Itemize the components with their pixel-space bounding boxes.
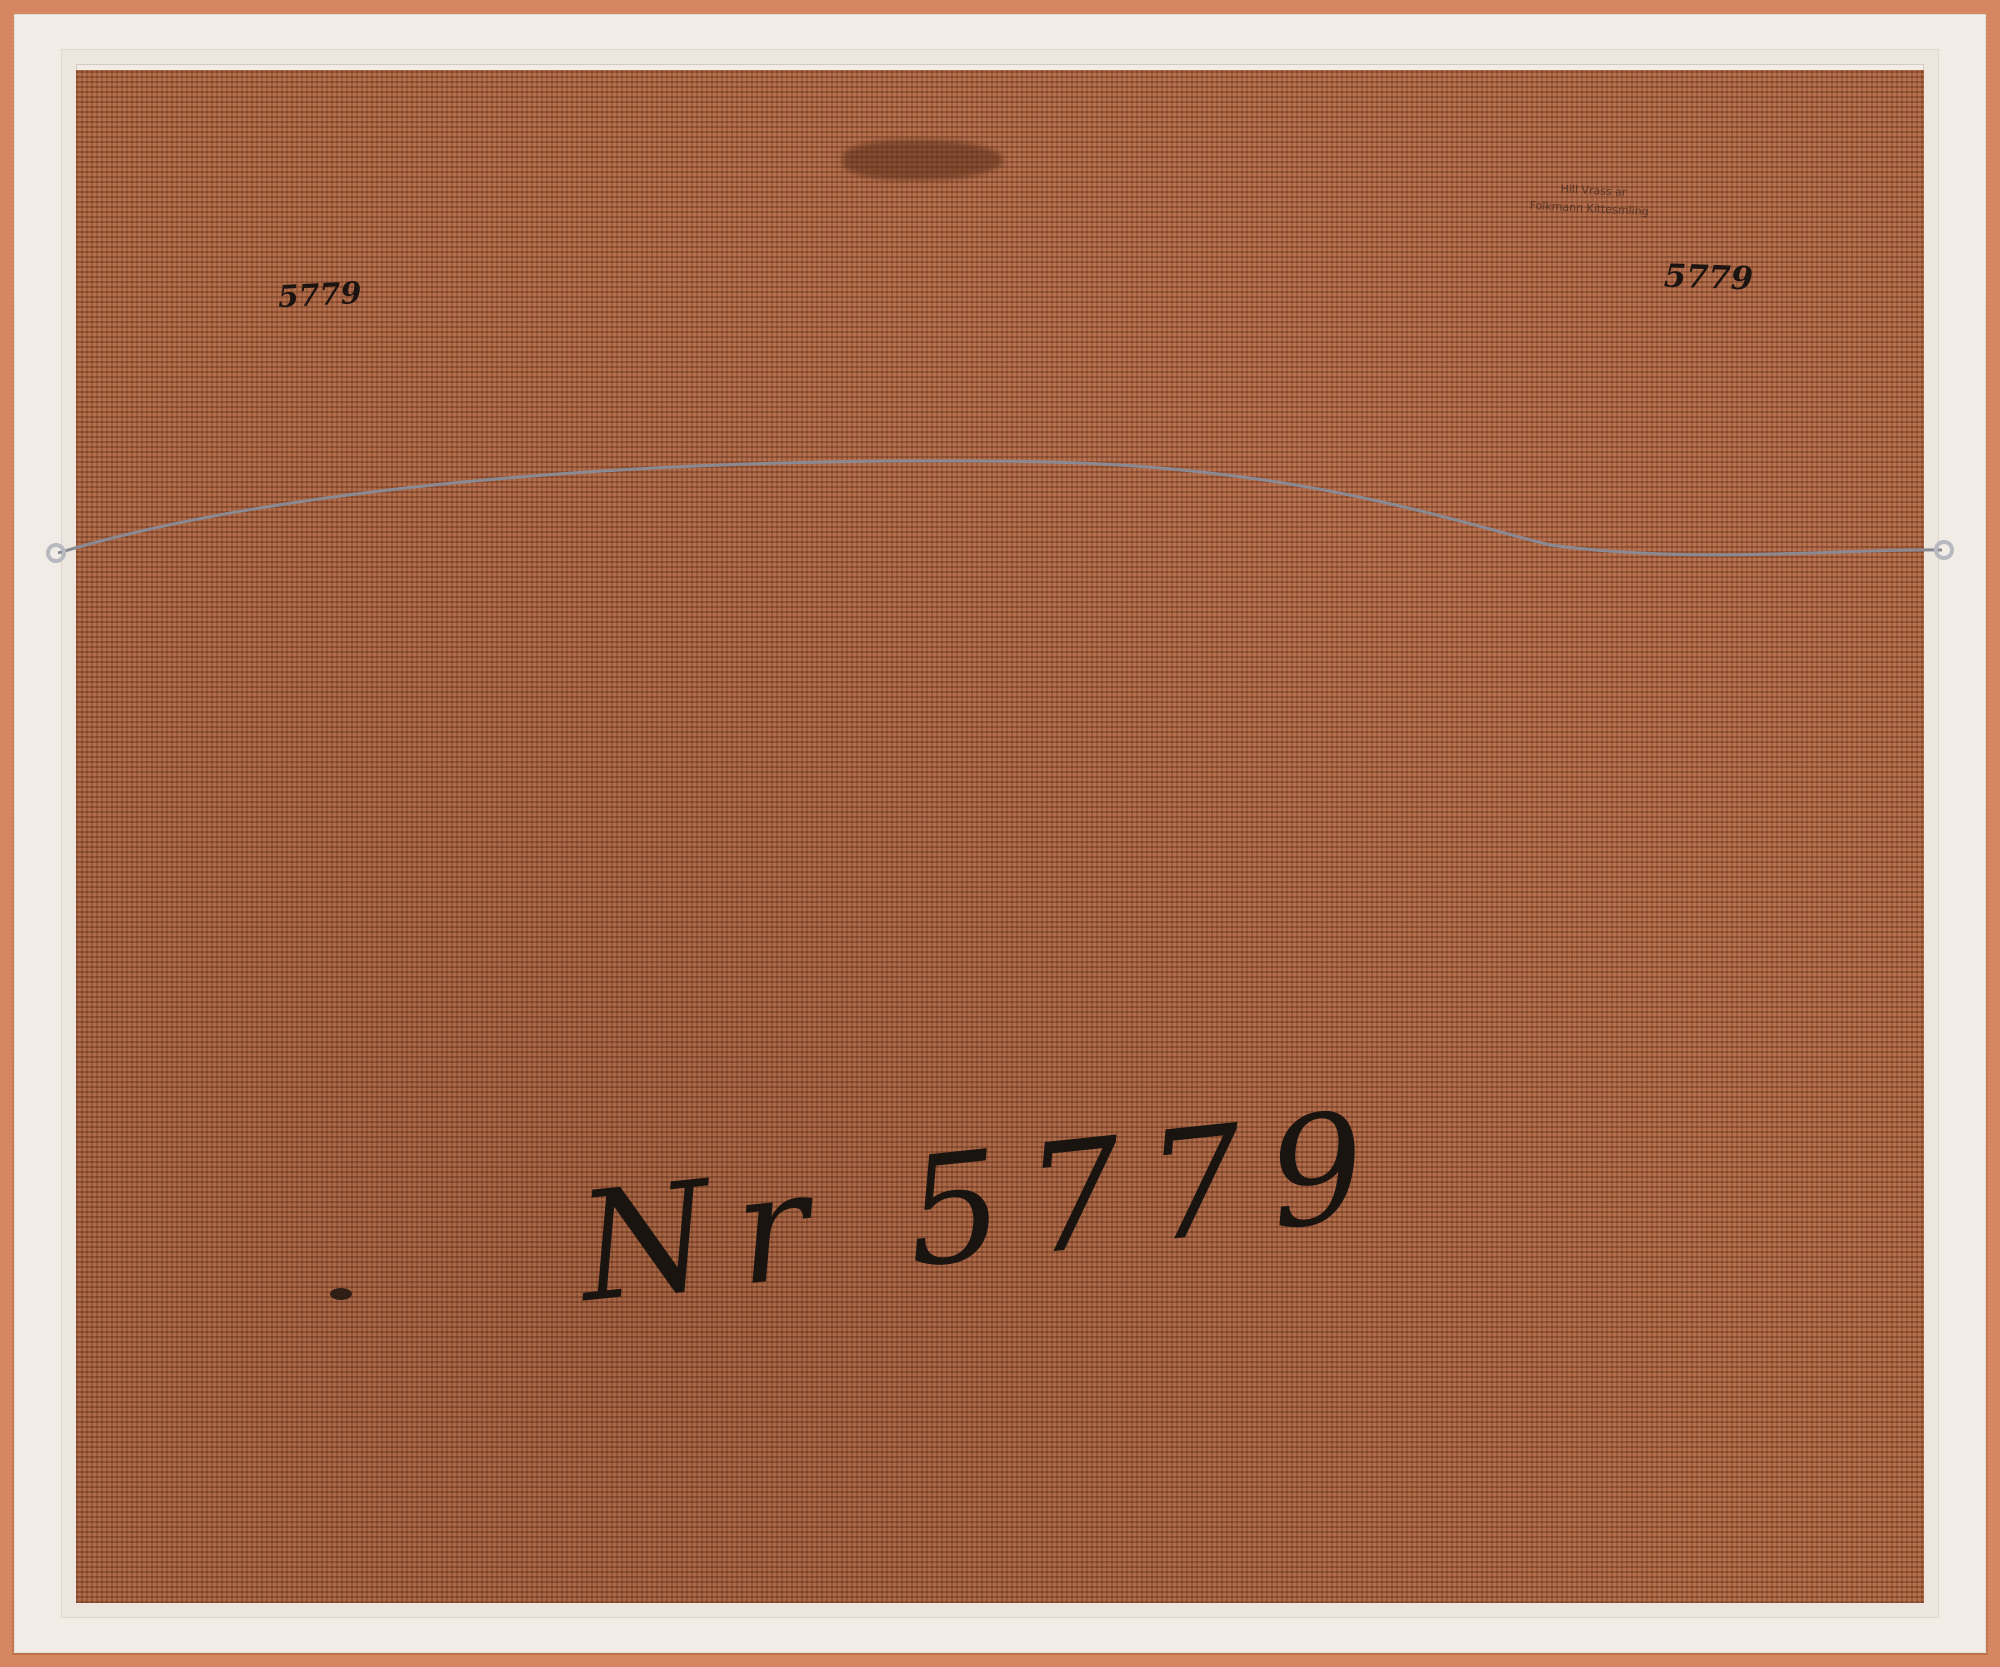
- inventory-number-top-right: 5779: [1663, 256, 1753, 297]
- faded-stamp: Hill Vrass ar Folkmann Kittesmling: [1529, 179, 1650, 221]
- stain-mark: [843, 140, 1003, 180]
- stamp-line-2: Folkmann Kittesmling: [1529, 199, 1649, 218]
- artwork-back-photo: 5779 5779 Hill Vrass ar Folkmann Kittesm…: [0, 0, 2000, 1667]
- inventory-number-top-left: 5779: [277, 276, 362, 315]
- ink-spot: [330, 1288, 352, 1300]
